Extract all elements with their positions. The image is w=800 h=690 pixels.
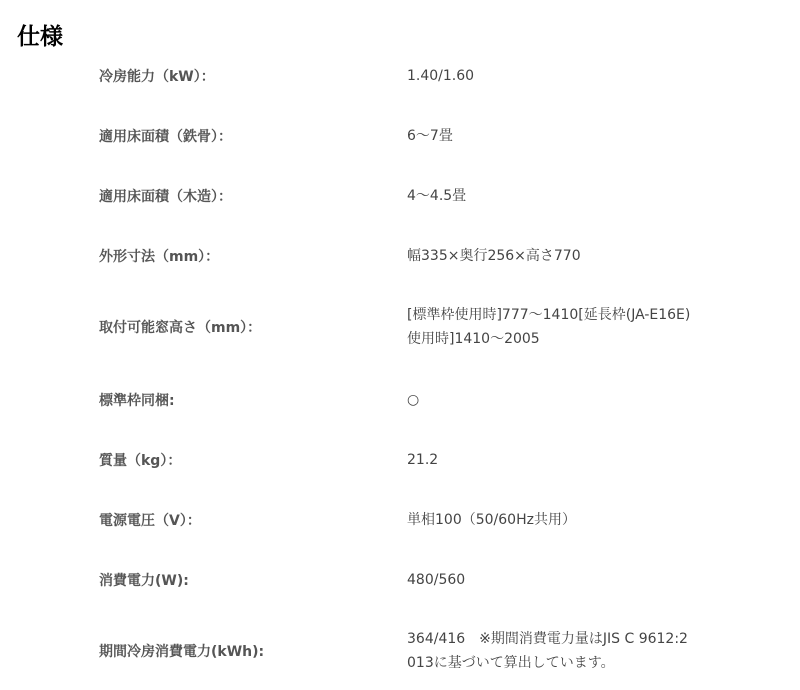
spec-value: ○ xyxy=(407,388,727,412)
spec-label: 質量（kg）： xyxy=(99,450,181,470)
section-title: 仕様 xyxy=(17,18,63,51)
spec-value: 21.2 xyxy=(407,448,727,472)
spec-value: 1.40/1.60 xyxy=(407,64,727,88)
spec-value: 単相100（50/60Hz共用） xyxy=(407,508,727,532)
spec-value: 4〜4.5畳 xyxy=(407,184,727,208)
spec-label: 適用床面積（木造）： xyxy=(99,186,232,206)
spec-label: 期間冷房消費電力(kWh): xyxy=(99,641,264,661)
spec-label: 標準枠同梱: xyxy=(99,390,175,410)
spec-value: 6〜7畳 xyxy=(407,124,727,148)
spec-label: 適用床面積（鉄骨）： xyxy=(99,126,232,146)
spec-value: 480/560 xyxy=(407,568,727,592)
spec-label: 電源電圧（V）： xyxy=(99,510,201,530)
spec-label: 取付可能窓高さ（mm）： xyxy=(99,317,261,337)
spec-label: 消費電力(W): xyxy=(99,570,189,590)
spec-value: 364/416 ※期間消費電力量はJIS C 9612:2 013に基づいて算出… xyxy=(407,627,727,675)
spec-value: [標準枠使用時]777〜1410[延長枠(JA-E16E) 使用時]1410〜2… xyxy=(407,303,727,351)
spec-label: 冷房能力（kW）： xyxy=(99,66,215,86)
spec-value: 幅335×奥行256×高さ770 xyxy=(407,244,727,268)
spec-label: 外形寸法（mm）： xyxy=(99,246,219,266)
